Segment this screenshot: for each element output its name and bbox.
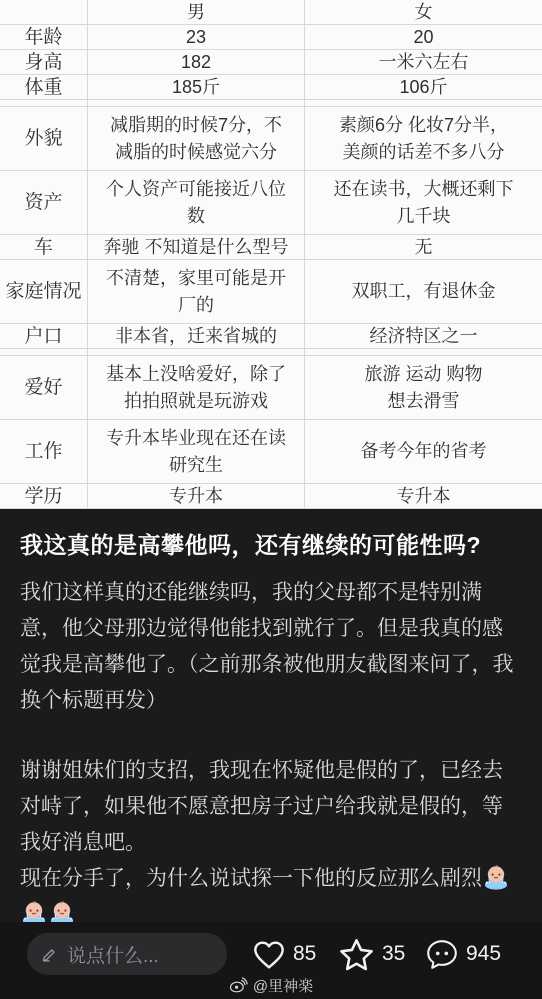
table-cell-label: 户口 bbox=[0, 324, 88, 348]
table-cell-label bbox=[0, 0, 88, 24]
table-cell-male: 奔驰 不知道是什么型号 bbox=[88, 235, 305, 259]
post-paragraph: 谢谢姐妹们的支招，我现在怀疑他是假的了，已经去对峙了，如果他不愿意把房子过户给我… bbox=[20, 753, 522, 861]
table-cell-male: 23 bbox=[88, 25, 305, 49]
table-cell-label bbox=[0, 100, 88, 106]
table-cell-male: 185斤 bbox=[88, 75, 305, 99]
table-cell-label bbox=[0, 349, 88, 355]
like-count: 85 bbox=[293, 942, 316, 966]
table-cell-label: 家庭情况 bbox=[0, 260, 88, 323]
table-cell-label: 学历 bbox=[0, 484, 88, 508]
table-cell-male: 减脂期的时候7分，不 减脂的时候感觉六分 bbox=[88, 107, 305, 170]
comment-bubble-icon bbox=[425, 938, 459, 971]
table-cell-male: 不清楚，家里可能是开 厂的 bbox=[88, 260, 305, 323]
table-cell-male: 专升本毕业现在还在读 研究生 bbox=[88, 420, 305, 483]
table-cell-male: 182 bbox=[88, 50, 305, 74]
crying-in-water-emoji bbox=[483, 864, 509, 890]
weibo-logo-icon bbox=[229, 977, 248, 993]
pencil-icon bbox=[41, 946, 58, 963]
star-icon bbox=[338, 937, 375, 972]
table-cell-male: 专升本 bbox=[88, 484, 305, 508]
heart-icon bbox=[252, 939, 286, 970]
comment-input[interactable]: 说点什么... bbox=[27, 933, 227, 975]
table-row: 身高182一米六左右 bbox=[0, 50, 542, 75]
comments-button[interactable]: 945 bbox=[425, 933, 501, 975]
table-cell-female: 还在读书，大概还剩下 几千块 bbox=[305, 171, 542, 234]
table-spacer-row bbox=[0, 100, 542, 107]
comparison-table: 男女年龄2320身高182一米六左右体重185斤106斤外貌减脂期的时候7分，不… bbox=[0, 0, 542, 509]
table-cell-female: 女 bbox=[305, 0, 542, 24]
table-spacer-row bbox=[0, 349, 542, 356]
table-cell-female: 经济特区之一 bbox=[305, 324, 542, 348]
table-row: 家庭情况不清楚，家里可能是开 厂的双职工，有退休金 bbox=[0, 260, 542, 324]
table-cell-label: 年龄 bbox=[0, 25, 88, 49]
table-cell-label: 体重 bbox=[0, 75, 88, 99]
bottom-action-bar: 说点什么... 85 35 945 bbox=[0, 922, 542, 999]
table-cell-female: 素颜6分 化妆7分半， 美颜的话差不多八分 bbox=[305, 107, 542, 170]
table-row: 年龄2320 bbox=[0, 25, 542, 50]
table-cell-female: 无 bbox=[305, 235, 542, 259]
table-cell-label: 工作 bbox=[0, 420, 88, 483]
table-cell-female: 双职工，有退休金 bbox=[305, 260, 542, 323]
table-cell-female bbox=[305, 100, 542, 106]
table-cell-female: 旅游 运动 购物 想去滑雪 bbox=[305, 356, 542, 419]
table-row: 爱好基本上没啥爱好，除了 拍拍照就是玩游戏旅游 运动 购物 想去滑雪 bbox=[0, 356, 542, 420]
table-row: 资产个人资产可能接近八位 数还在读书，大概还剩下 几千块 bbox=[0, 171, 542, 235]
post-title: 我这真的是高攀他吗，还有继续的可能性吗? bbox=[20, 529, 522, 561]
table-cell-label: 车 bbox=[0, 235, 88, 259]
favorite-button[interactable]: 35 bbox=[338, 933, 405, 975]
table-cell-female: 专升本 bbox=[305, 484, 542, 508]
table-cell-female: 106斤 bbox=[305, 75, 542, 99]
favorite-count: 35 bbox=[382, 942, 405, 966]
table-cell-label: 外貌 bbox=[0, 107, 88, 170]
table-row: 外貌减脂期的时候7分，不 减脂的时候感觉六分素颜6分 化妆7分半， 美颜的话差不… bbox=[0, 107, 542, 171]
table-row: 工作专升本毕业现在还在读 研究生备考今年的省考 bbox=[0, 420, 542, 484]
table-cell-female bbox=[305, 349, 542, 355]
table-cell-female: 一米六左右 bbox=[305, 50, 542, 74]
table-row: 学历专升本专升本 bbox=[0, 484, 542, 509]
comment-placeholder: 说点什么... bbox=[67, 941, 159, 968]
table-cell-label: 爱好 bbox=[0, 356, 88, 419]
table-cell-male: 基本上没啥爱好，除了 拍拍照就是玩游戏 bbox=[88, 356, 305, 419]
table-cell-label: 身高 bbox=[0, 50, 88, 74]
table-cell-female: 备考今年的省考 bbox=[305, 420, 542, 483]
screenshot-root: 男女年龄2320身高182一米六左右体重185斤106斤外貌减脂期的时候7分，不… bbox=[0, 0, 542, 999]
post-paragraph: 我们这样真的还能继续吗，我的父母都不是特别满意，他父母那边觉得他能找到就行了。但… bbox=[20, 575, 522, 719]
watermark-handle: @里神楽 bbox=[253, 975, 313, 996]
table-row: 车奔驰 不知道是什么型号无 bbox=[0, 235, 542, 260]
like-button[interactable]: 85 bbox=[252, 933, 316, 975]
comment-count: 945 bbox=[466, 942, 501, 966]
table-cell-male: 非本省，迁来省城的 bbox=[88, 324, 305, 348]
table-cell-male bbox=[88, 100, 305, 106]
table-cell-male: 个人资产可能接近八位 数 bbox=[88, 171, 305, 234]
table-cell-male bbox=[88, 349, 305, 355]
table-row: 男女 bbox=[0, 0, 542, 25]
table-cell-label: 资产 bbox=[0, 171, 88, 234]
table-cell-male: 男 bbox=[88, 0, 305, 24]
table-row: 体重185斤106斤 bbox=[0, 75, 542, 100]
table-row: 户口非本省，迁来省城的经济特区之一 bbox=[0, 324, 542, 349]
table-cell-female: 20 bbox=[305, 25, 542, 49]
watermark: @里神楽 bbox=[0, 974, 542, 996]
post-paragraphs: 我们这样真的还能继续吗，我的父母都不是特别满意，他父母那边觉得他能找到就行了。但… bbox=[20, 575, 522, 975]
